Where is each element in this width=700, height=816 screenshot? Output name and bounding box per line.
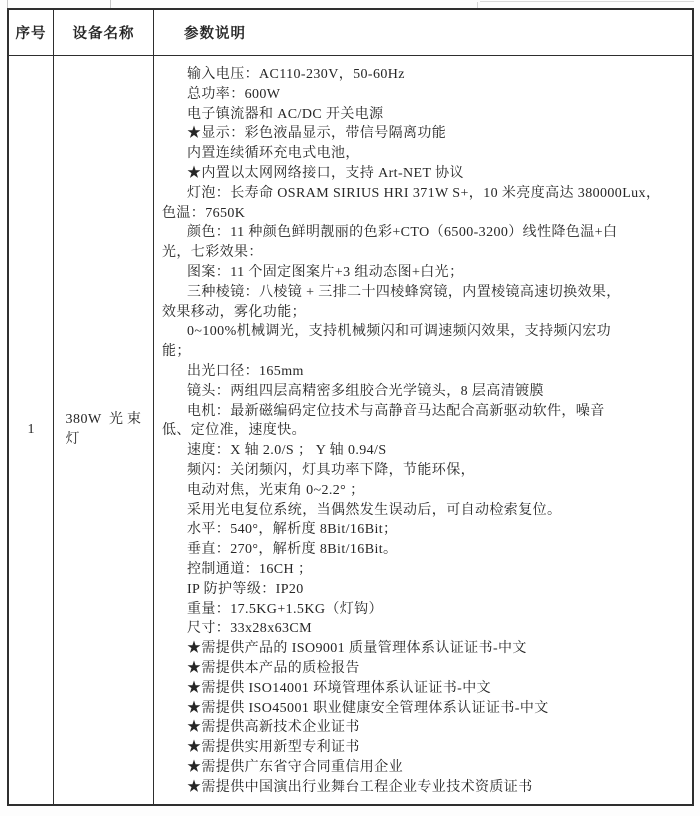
param-line: 电子镇流器和 AC/DC 开关电源 (162, 105, 680, 125)
param-line: 速度：X 轴 2.0/S ； Y 轴 0.94/S (162, 441, 680, 461)
param-line: 镜头：两组四层高精密多组胶合光学镜头，8 层高清镀膜 (162, 382, 680, 402)
param-line: ★需提供中国演出行业舞台工程企业专业技术资质证书 (162, 778, 680, 798)
param-line: 垂直：270°，解析度 8Bit/16Bit。 (162, 540, 680, 560)
cell-row-index: 1 (9, 56, 53, 804)
header-label-params: 参数说明 (184, 22, 246, 43)
scan-artifact (480, 1, 694, 2)
scan-artifact (7, 0, 8, 8)
header-cell-index: 序号 (9, 10, 53, 55)
param-line: ★内置以太网网络接口，支持 Art-NET 协议 (162, 164, 680, 184)
param-line: IP 防护等级：IP20 (162, 580, 680, 600)
param-line: ★需提供广东省守合同重信用企业 (162, 758, 680, 778)
header-cell-device: 设备名称 (53, 10, 154, 55)
param-line: 重量：17.5KG+1.5KG（灯钩） (162, 600, 680, 620)
param-line: 三种棱镜：八棱镜 + 三排二十四棱蜂窝镜，内置棱镜高速切换效果， (162, 283, 680, 303)
device-name: 380W 光束灯 (66, 410, 142, 450)
param-line: 低、定位准，速度快。 (162, 421, 680, 441)
param-line: 内置连续循环充电式电池， (162, 144, 680, 164)
param-line: ★需提供 ISO14001 环境管理体系认证证书-中文 (162, 679, 680, 699)
param-line: 0~100%机械调光，支持机械频闪和可调速频闪效果，支持频闪宏功 (162, 322, 680, 342)
param-line: 电机：最新磁编码定位技术与高静音马达配合高新驱动软件，噪音 (162, 402, 680, 422)
param-line: 控制通道：16CH ； (162, 560, 680, 580)
param-lines: 输入电压：AC110-230V，50-60Hz总功率：600W电子镇流器和 AC… (162, 65, 680, 797)
table-header-row: 序号 设备名称 参数说明 (9, 10, 692, 56)
param-line: 颜色：11 种颜色鲜明靓丽的色彩+CTO（6500-3200）线性降色温+白 (162, 223, 680, 243)
param-line: 光，七彩效果： (162, 243, 680, 263)
param-line: 能； (162, 342, 680, 362)
equipment-spec-table: 序号 设备名称 参数说明 1 380W 光束灯 输入电压：AC110-230V，… (7, 8, 694, 806)
param-line: 输入电压：AC110-230V，50-60Hz (162, 65, 680, 85)
header-cell-params: 参数说明 (154, 10, 692, 55)
param-line: 图案：11 个固定图案片+3 组动态图+白光； (162, 263, 680, 283)
row-index: 1 (28, 422, 35, 438)
cell-params: 输入电压：AC110-230V，50-60Hz总功率：600W电子镇流器和 AC… (154, 56, 692, 804)
scan-artifact (110, 0, 111, 8)
param-line: 出光口径：165mm (162, 362, 680, 382)
table-row: 1 380W 光束灯 输入电压：AC110-230V，50-60Hz总功率：60… (9, 56, 692, 804)
header-label-device: 设备名称 (73, 22, 135, 43)
param-line: ★需提供产品的 ISO9001 质量管理体系认证证书-中文 (162, 639, 680, 659)
param-line: ★需提供 ISO45001 职业健康安全管理体系认证证书-中文 (162, 699, 680, 719)
param-line: 水平：540°，解析度 8Bit/16Bit； (162, 520, 680, 540)
cell-device-name: 380W 光束灯 (53, 56, 154, 804)
param-line: ★需提供本产品的质检报告 (162, 659, 680, 679)
param-line: 尺寸：33x28x63CM (162, 619, 680, 639)
param-line: 总功率：600W (162, 85, 680, 105)
param-line: 频闪：关闭频闪，灯具功率下降，节能环保， (162, 461, 680, 481)
param-line: 采用光电复位系统，当偶然发生误动后，可自动检索复位。 (162, 501, 680, 521)
header-label-index: 序号 (16, 22, 47, 43)
param-line: ★需提供高新技术企业证书 (162, 718, 680, 738)
param-line: 效果移动，雾化功能； (162, 303, 680, 323)
param-line: ★需提供实用新型专利证书 (162, 738, 680, 758)
param-line: 灯泡：长寿命 OSRAM SIRIUS HRI 371W S+，10 米亮度高达… (162, 184, 680, 204)
param-line: ★显示：彩色液晶显示，带信号隔离功能 (162, 124, 680, 144)
param-line: 电动对焦，光束角 0~2.2° ； (162, 481, 680, 501)
param-line: 色温：7650K (162, 204, 680, 224)
